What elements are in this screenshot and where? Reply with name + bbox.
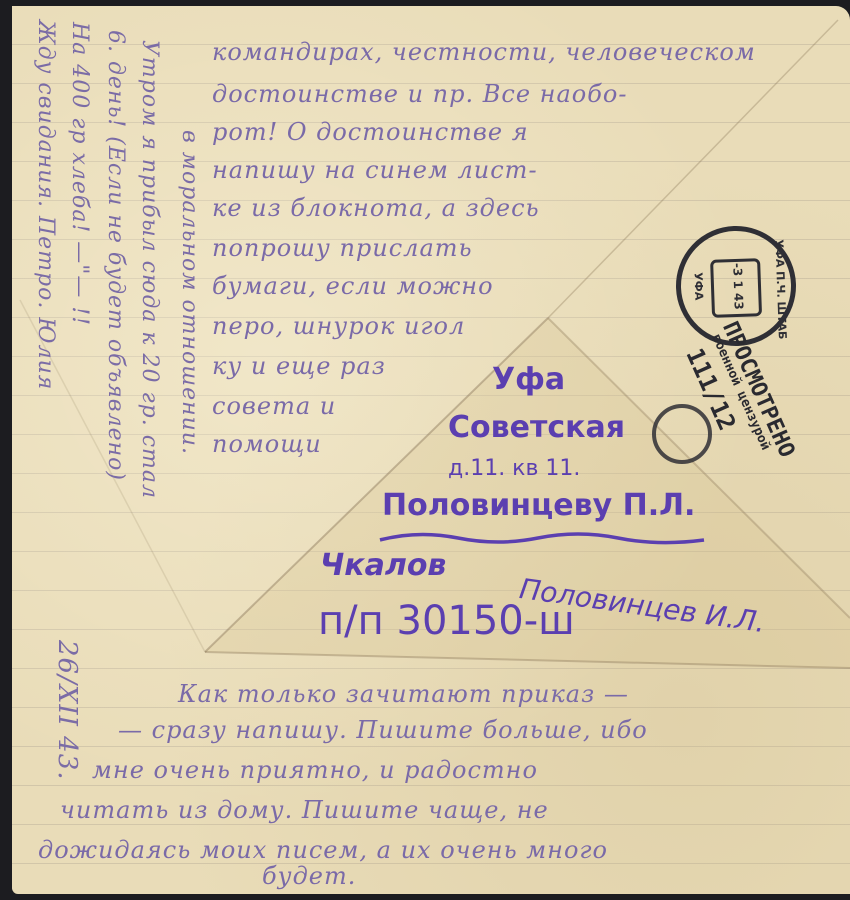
small-round-stamp — [652, 404, 712, 464]
date-note: 26/XII 43. — [52, 640, 82, 781]
letter-line: будет. — [262, 862, 356, 890]
margin-line: Утром я прибыл сюда к 20 гр. стал — [137, 40, 162, 499]
letter-line: Как только зачитают приказ — — [178, 680, 629, 708]
letter-line: мне очень приятно, и радостно — [92, 756, 538, 784]
letter-line: перо, шнурок игол — [212, 312, 465, 340]
postmark-ring-text: УФА П.Ч. ШТАБ — [772, 239, 788, 339]
letter-line: бумаги, если можно — [212, 272, 494, 300]
postmark-date: -3 1 43 — [730, 263, 746, 310]
letter-line: дожидаясь моих писем, а их очень много — [38, 836, 608, 864]
margin-line: 6. день! (Если не будет объявлено) — [103, 30, 128, 481]
recipient-city: Уфа — [492, 362, 565, 397]
recipient-house: д.11. кв 11. — [448, 456, 580, 481]
letter-line: ку и еще раз — [212, 352, 386, 380]
sender-city: Чкалов — [320, 548, 446, 583]
margin-line: На 400 гр хлеба! —"— !! — [67, 22, 92, 326]
letter-line: совета и — [212, 392, 336, 420]
underline-squiggle — [378, 528, 708, 550]
letter-line: — сразу напишу. Пишите больше, ибо — [118, 716, 648, 744]
letter-line: командирах, честности, человеческом — [212, 38, 756, 66]
letter-line: помощи — [212, 430, 322, 458]
margin-line: в моральном отношении. — [177, 130, 202, 455]
postmark-city: УФА — [692, 272, 706, 300]
letter-line: ке из блокнота, а здесь — [212, 194, 540, 222]
letter-line: попрошу прислать — [212, 234, 473, 262]
letter-line: рот! О достоинстве я — [212, 118, 529, 146]
letter-line: читать из дому. Пишите чаще, не — [60, 796, 549, 824]
margin-line: Жду свидания. Петро. Юлия — [33, 20, 58, 390]
letter-line: достоинстве и пр. Все наобо- — [212, 80, 627, 108]
recipient-street: Советская — [448, 410, 625, 445]
recipient-name: Половинцеву П.Л. — [382, 488, 695, 523]
letter-line: напишу на синем лист- — [212, 156, 538, 184]
